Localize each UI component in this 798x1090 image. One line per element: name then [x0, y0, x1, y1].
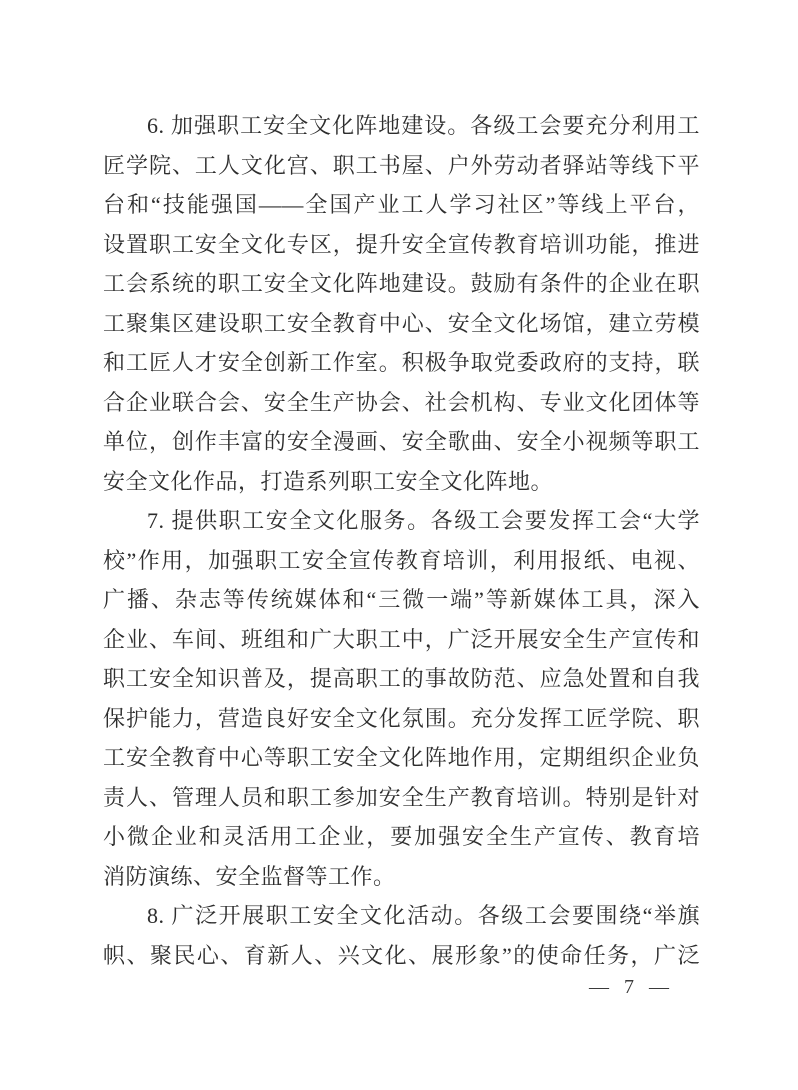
document-body: 6. 加强职工安全文化阵地建设。各级工会要充分利用工 匠学院、工人文化宫、职工书…: [103, 106, 700, 975]
text-line: 6. 加强职工安全文化阵地建设。各级工会要充分利用工: [103, 106, 700, 146]
text-line: 单位，创作丰富的安全漫画、安全歌曲、安全小视频等职工: [103, 422, 700, 462]
text-line: 广播、杂志等传统媒体和“三微一端”等新媒体工具，深入: [103, 580, 700, 620]
text-line: 消防演练、安全监督等工作。: [103, 857, 700, 897]
text-line: 小微企业和灵活用工企业，要加强安全生产宣传、教育培训、: [103, 817, 700, 857]
text-line: 安全文化作品，打造系列职工安全文化阵地。: [103, 462, 700, 502]
text-line: 设置职工安全文化专区，提升安全宣传教育培训功能，推进: [103, 225, 700, 265]
paragraph-item-6: 6. 加强职工安全文化阵地建设。各级工会要充分利用工 匠学院、工人文化宫、职工书…: [103, 106, 700, 501]
text-line: 工安全教育中心等职工安全文化阵地作用，定期组织企业负: [103, 738, 700, 778]
text-line: 7. 提供职工安全文化服务。各级工会要发挥工会“大学: [103, 501, 700, 541]
text-line: 台和“技能强国——全国产业工人学习社区”等线上平台，: [103, 185, 700, 225]
text-line: 职工安全知识普及，提高职工的事故防范、应急处置和自我: [103, 659, 700, 699]
text-line: 工聚集区建设职工安全教育中心、安全文化场馆，建立劳模: [103, 304, 700, 344]
text-line: 合企业联合会、安全生产协会、社会机构、专业文化团体等: [103, 383, 700, 423]
text-line: 企业、车间、班组和广大职工中，广泛开展安全生产宣传和: [103, 620, 700, 660]
text-line: 匠学院、工人文化宫、职工书屋、户外劳动者驿站等线下平: [103, 146, 700, 186]
text-line: 责人、管理人员和职工参加安全生产教育培训。特别是针对: [103, 778, 700, 818]
text-line: 工会系统的职工安全文化阵地建设。鼓励有条件的企业在职: [103, 264, 700, 304]
page-number: — 7 —: [589, 973, 674, 1001]
text-line: 保护能力，营造良好安全文化氛围。充分发挥工匠学院、职: [103, 699, 700, 739]
document-page: 6. 加强职工安全文化阵地建设。各级工会要充分利用工 匠学院、工人文化宫、职工书…: [0, 0, 798, 1090]
text-line: 帜、聚民心、育新人、兴文化、展形象”的使命任务，广泛: [103, 936, 700, 976]
paragraph-item-7: 7. 提供职工安全文化服务。各级工会要发挥工会“大学 校”作用，加强职工安全宣传…: [103, 501, 700, 896]
paragraph-item-8: 8. 广泛开展职工安全文化活动。各级工会要围绕“举旗 帜、聚民心、育新人、兴文化…: [103, 896, 700, 975]
text-line: 8. 广泛开展职工安全文化活动。各级工会要围绕“举旗: [103, 896, 700, 936]
text-line: 校”作用，加强职工安全宣传教育培训，利用报纸、电视、: [103, 541, 700, 581]
text-line: 和工匠人才安全创新工作室。积极争取党委政府的支持，联: [103, 343, 700, 383]
